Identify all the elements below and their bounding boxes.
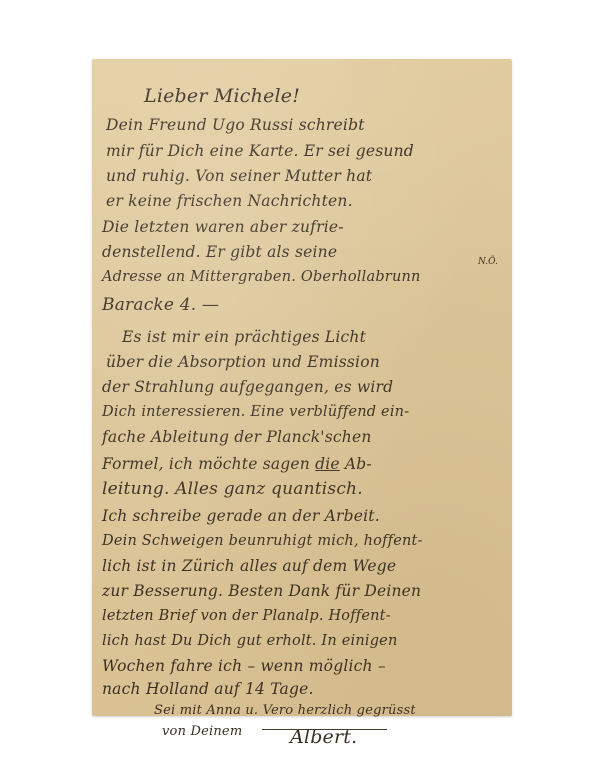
letter-line-23: nach Holland auf 14 Tage. [102,679,314,699]
letter-line-9: Es ist mir ein prächtiges Licht [122,327,366,347]
letter-line-15: leitung. Alles ganz quantisch. [102,479,363,499]
letter-line-4: er keine frischen Nachrichten. [106,191,353,211]
letter-line-7: Adresse an Mittergraben. Oberhollabrunn [102,267,421,287]
letter-line-6: denstellend. Er gibt als seine [102,242,337,262]
letter-line-22: Wochen fahre ich – wenn möglich – [102,656,386,676]
letter-line-16: Ich schreibe gerade an der Arbeit. [102,506,380,526]
letter-line-19: zur Besserung. Besten Dank für Deinen [102,581,421,601]
letter-line-20: letzten Brief von der Planalp. Hoffent- [102,606,391,626]
letter-line-17: Dein Schweigen beunruhigt mich, hoffent- [102,531,423,551]
letter-line-24: Sei mit Anna u. Vero herzlich gegrüsst [154,701,416,721]
letter-line-1: Dein Freund Ugo Russi schreibt [106,115,365,135]
postcard: Lieber Michele! Dein Freund Ugo Russi sc… [92,59,512,716]
letter-line-13: fache Ableitung der Planck'schen [102,427,372,447]
letter-line-12: Dich interessieren. Eine verblüffend ein… [102,402,409,422]
letter-line-5: Die letzten waren aber zufrie- [102,217,344,237]
letter-line-2: mir für Dich eine Karte. Er sei gesund [106,141,414,161]
letter-line-18: lich ist in Zürich alles auf dem Wege [102,556,396,576]
formula-text-after: Ab- [340,455,372,473]
letter-line-3: und ruhig. Von seiner Mutter hat [106,166,372,186]
closing: von Deinem [162,722,242,742]
formula-text-before: Formel, ich möchte sagen [102,455,315,473]
letter-line-21: lich hast Du Dich gut erholt. In einigen [102,631,398,651]
salutation: Lieber Michele! [144,86,300,106]
emphasized-word: die [315,455,340,473]
letter-line-14: Formel, ich möchte sagen die Ab- [102,454,372,474]
letter-line-11: der Strahlung aufgegangen, es wird [102,377,393,397]
margin-note: N.Ö. [478,257,498,267]
letter-line-8: Baracke 4. — [102,295,219,315]
signature: Albert. [290,727,357,747]
letter-line-10: über die Absorption und Emission [106,352,380,372]
